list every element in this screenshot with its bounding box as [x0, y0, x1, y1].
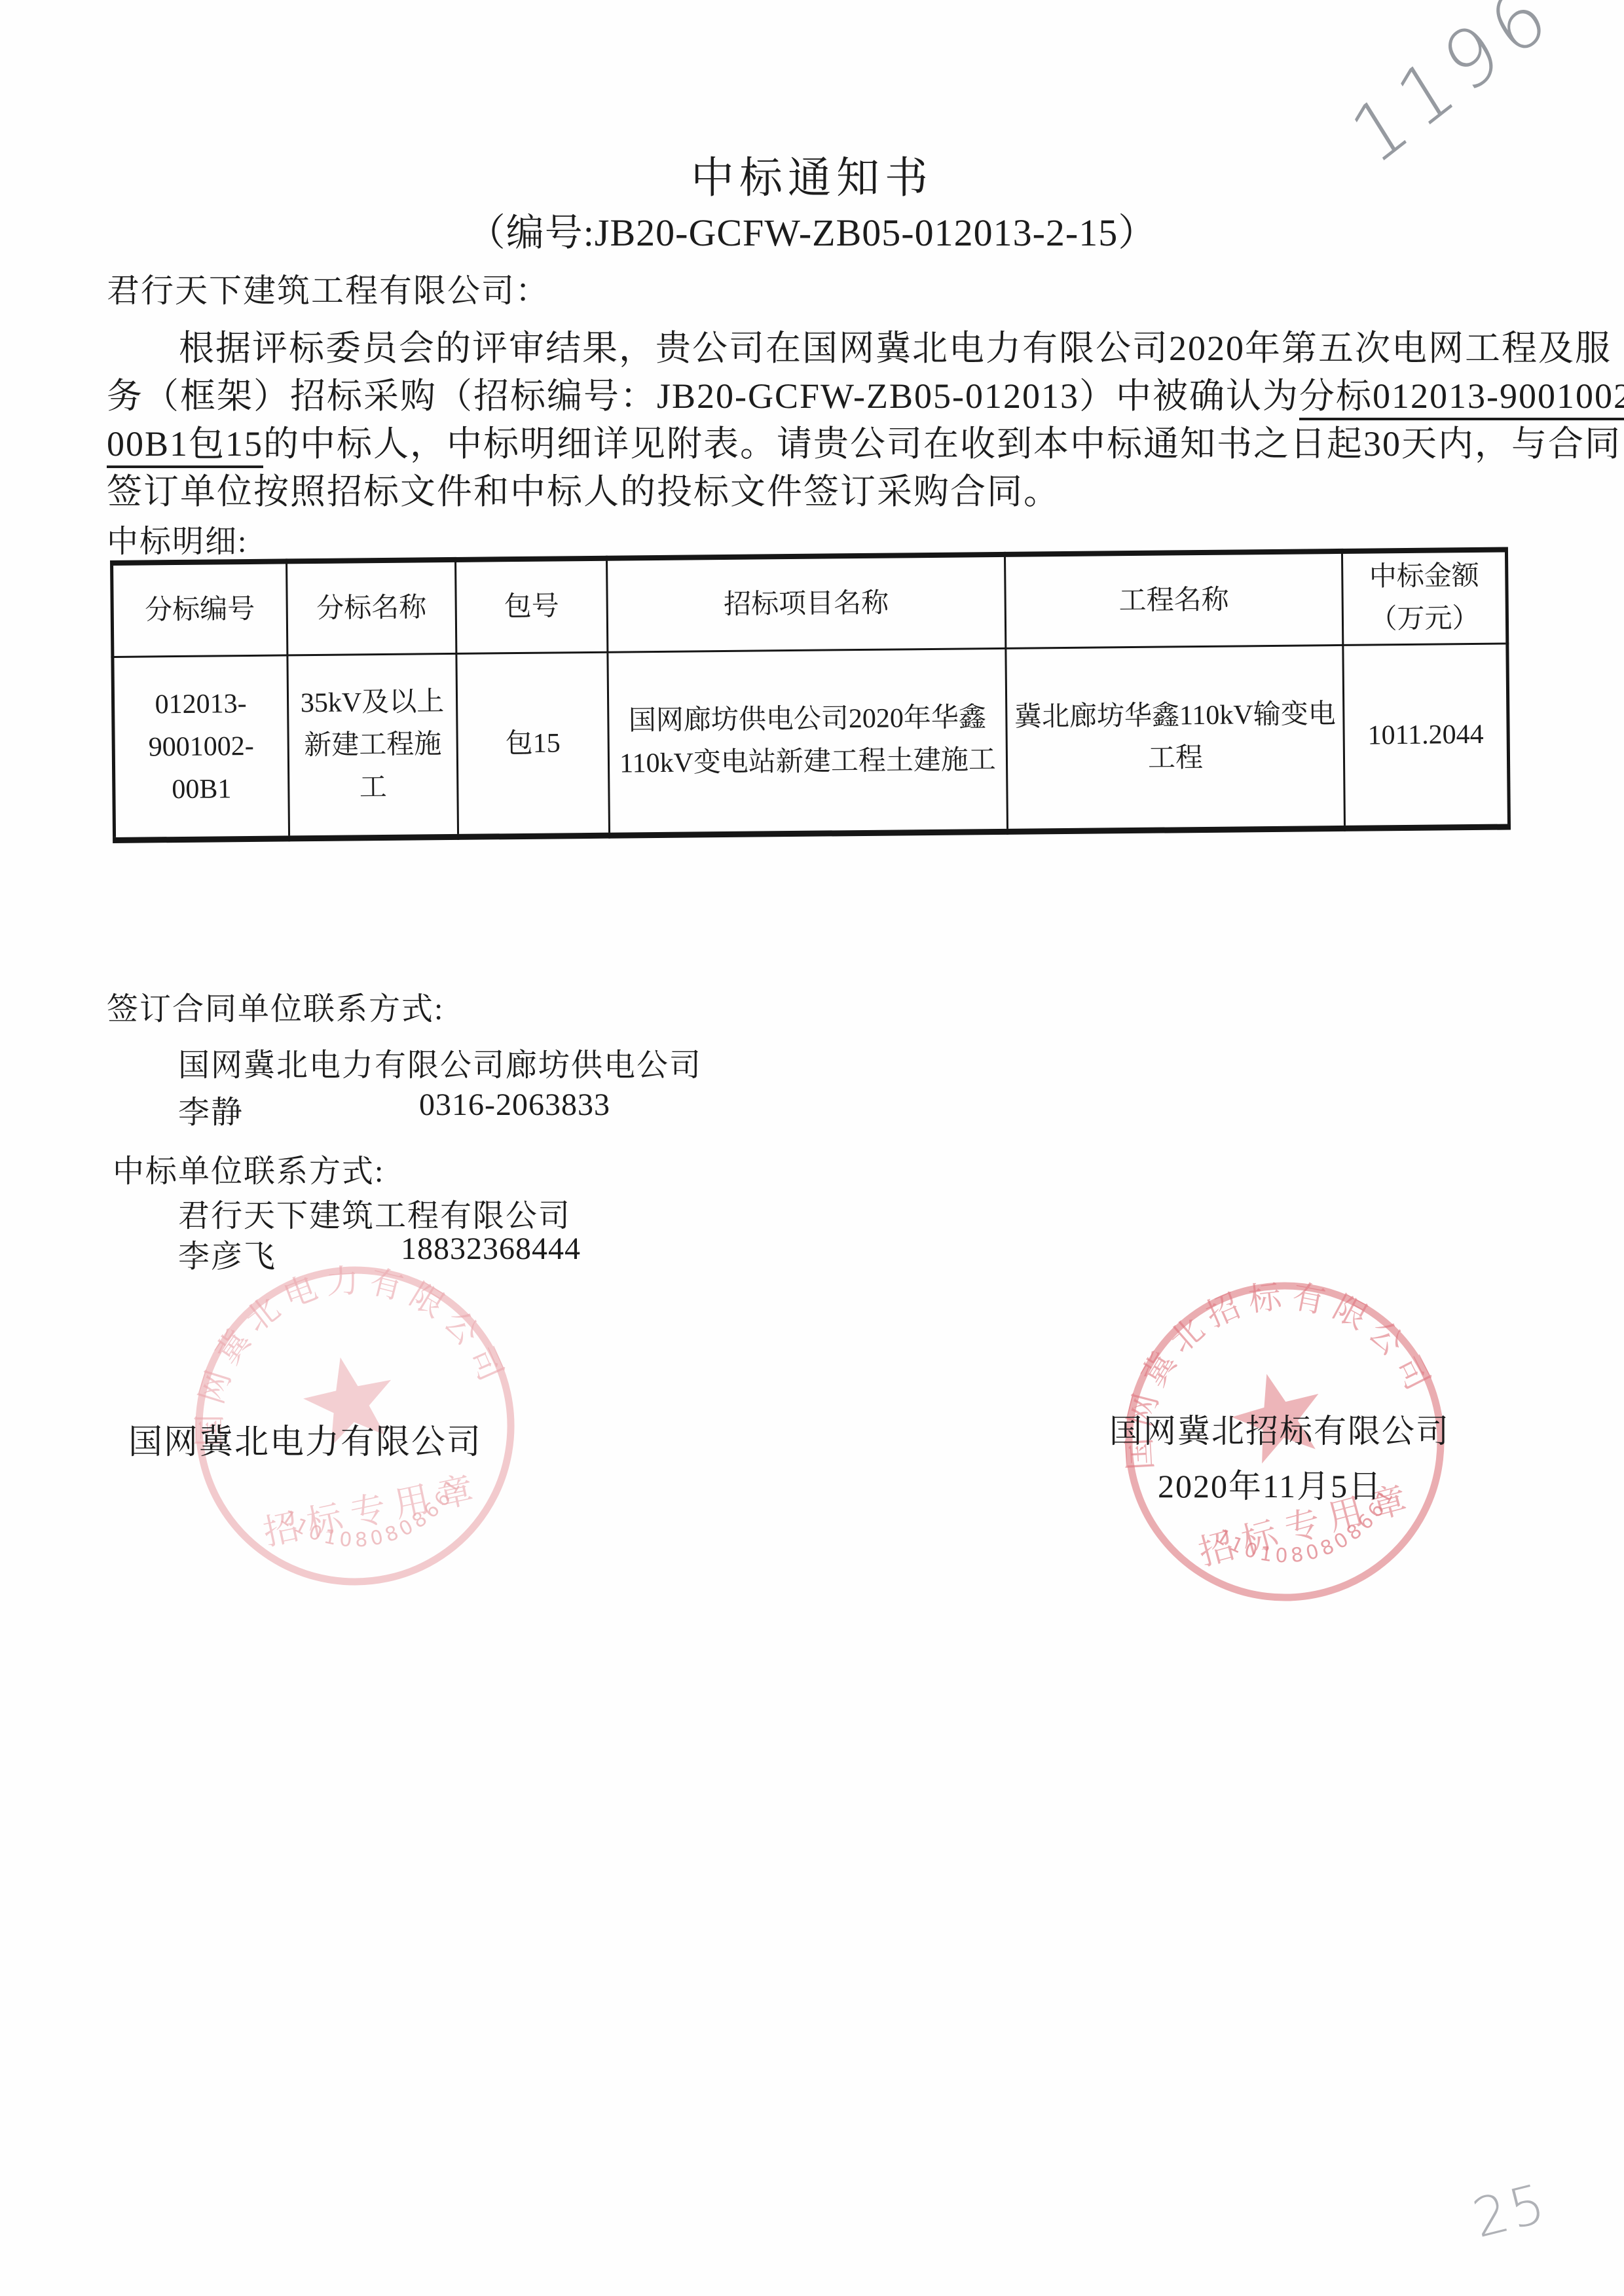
body-paragraph-line-4: 签订单位按照招标文件和中标人的投标文件签订采购合同。 — [107, 471, 1531, 513]
contract-unit-contact-label: 签订合同单位联系方式: — [107, 983, 444, 1029]
winner-company: 君行天下建筑工程有限公司 — [178, 1190, 571, 1235]
header-package-number: 包号 — [456, 558, 608, 654]
contract-unit-contact-person: 李静 — [178, 1087, 244, 1132]
line2-text: 务（框架）招标采购（招标编号：JB20-GCFW-ZB05-012013）中被确… — [107, 376, 1299, 416]
header-award-amount: 中标金额 （万元） — [1342, 550, 1507, 646]
award-details-label: 中标明细: — [107, 516, 248, 561]
body-paragraph-line-3: 00B1包15的中标人，中标明细详见附表。请贵公司在收到本中标通知书之日起30天… — [107, 423, 1531, 465]
cell-package-number: 包15 — [456, 652, 610, 837]
header-lot-name: 分标名称 — [287, 560, 456, 655]
notice-document-page: 1196 25 中标通知书 （编号:JB20-GCFW-ZB05-012013-… — [0, 0, 1624, 2296]
body-paragraph-line-1: 根据评标委员会的评审结果，贵公司在国网冀北电力有限公司2020年第五次电网工程及… — [107, 327, 1531, 369]
page-title: 中标通知书 — [0, 143, 1624, 205]
contract-unit-contact-phone: 0316-2063833 — [419, 1087, 610, 1123]
table-header-row: 分标编号 分标名称 包号 招标项目名称 工程名称 中标金额 （万元） — [112, 550, 1507, 657]
winner-contact-label: 中标单位联系方式: — [113, 1146, 384, 1191]
contract-unit-company: 国网冀北电力有限公司廊坊供电公司 — [178, 1040, 702, 1085]
addressee-line: 君行天下建筑工程有限公司： — [107, 264, 549, 312]
body-paragraph-line-2: 务（框架）招标采购（招标编号：JB20-GCFW-ZB05-012013）中被确… — [107, 375, 1531, 417]
header-works-name: 工程名称 — [1005, 551, 1342, 649]
issuer-company-left: 国网冀北电力有限公司 — [128, 1414, 482, 1463]
line2-underlined-lot-number: 分标012013-9001002- — [1299, 376, 1624, 420]
issue-date: 2020年11月5日 — [1158, 1460, 1382, 1507]
header-lot-number: 分标编号 — [112, 561, 287, 657]
cell-lot-name: 35kV及以上 新建工程施 工 — [287, 654, 458, 839]
table-row: 012013- 9001002- 00B1 35kV及以上 新建工程施 工 包1… — [113, 644, 1509, 840]
cell-award-amount: 1011.2044 — [1343, 644, 1509, 828]
line3-text: 的中标人，中标明细详见附表。请贵公司在收到本中标通知书之日起30天内，与合同 — [263, 424, 1621, 464]
issuer-company-right: 国网冀北招标有限公司 — [1109, 1405, 1450, 1452]
cell-project-name: 国网廊坊供电公司2020年华鑫 110kV变电站新建工程土建施工 — [608, 649, 1008, 836]
award-details-table: 分标编号 分标名称 包号 招标项目名称 工程名称 中标金额 （万元） 01201… — [110, 547, 1511, 844]
cell-lot-number: 012013- 9001002- 00B1 — [113, 655, 289, 841]
winner-contact-person: 李彦飞 — [178, 1231, 276, 1276]
notice-number-subtitle: （编号:JB20-GCFW-ZB05-012013-2-15） — [0, 202, 1624, 257]
cell-works-name: 冀北廊坊华鑫110kV输变电 工程 — [1006, 646, 1345, 832]
handwritten-number-bottom: 25 — [1467, 2172, 1553, 2250]
line3-underlined-lot-number: 00B1包15 — [107, 424, 263, 468]
award-details-table-wrap: 分标编号 分标名称 包号 招标项目名称 工程名称 中标金额 （万元） 01201… — [110, 547, 1511, 844]
header-project-name: 招标项目名称 — [607, 555, 1006, 653]
